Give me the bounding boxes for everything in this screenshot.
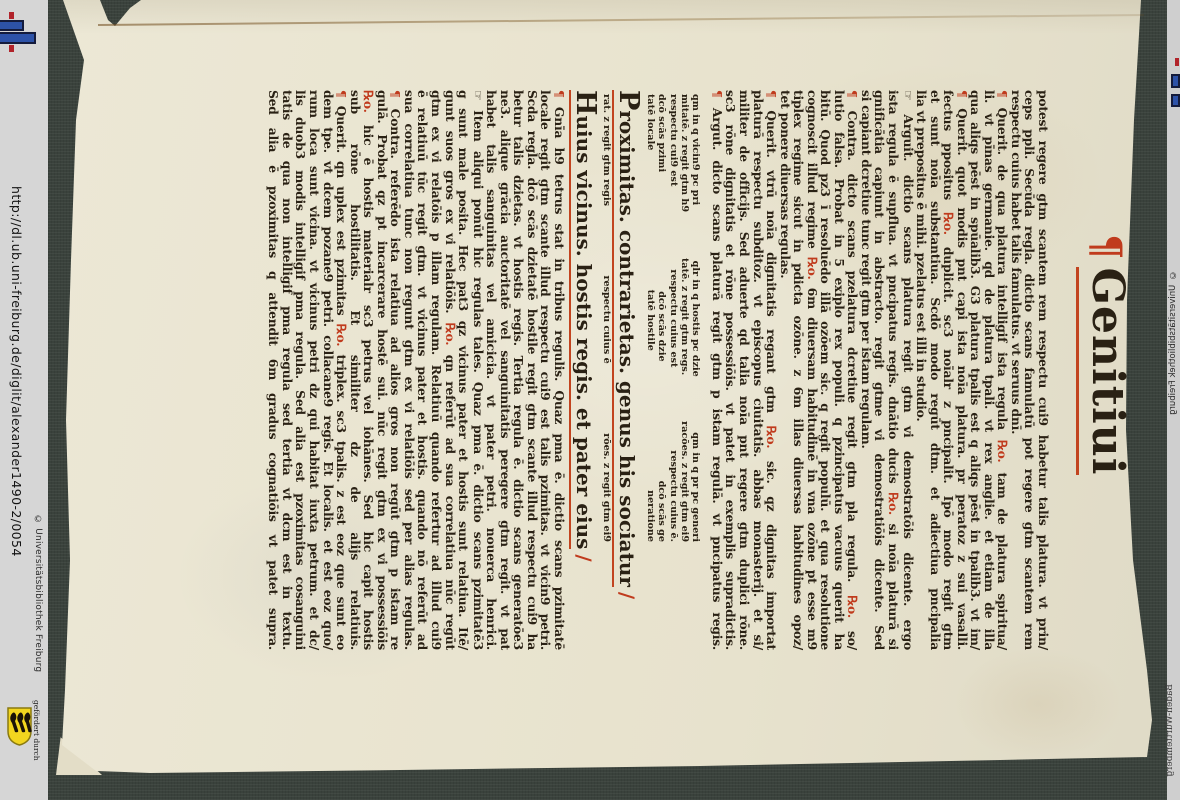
commentary-line: gnificātia capiunt in abstracto. regit g… [873,90,887,650]
right-logo-fragment [1171,58,1180,114]
gloss-row: dcō scās pzimidcō scās dziedcō scās ge [656,94,667,542]
frame-left-strip: http://dl.ub.uni-freiburg.de/diglit/alex… [0,0,48,800]
commentary-line: gtm ex vi relatōis p illam regulam. Rela… [429,90,443,650]
gloss-cell: racōes. z regit gtm ei9 [679,421,690,542]
running-title: ¶Genitiui [1083,234,1130,475]
commentary-line: sub rōne hostilitatis. Et similiter dz d… [348,90,362,650]
headline-word: Genitiui [1076,267,1133,475]
gloss-cell: mitatē. z regit gtm h9 [679,94,690,212]
copyright-notice-right: © Universitätsbibliothek Freiburg [1168,272,1178,415]
rubric-mark: ℞o. [886,492,901,515]
commentary-line: ē relatiuū tūc regit gtm. vt vicinus pat… [416,90,430,650]
commentary-line: ¶ Querit. vtrū noīa dignitatis regant gt… [765,90,779,650]
commentary-line: sua correlatiua tunc non regunt gtm ex v… [402,90,416,650]
commentary-line: ceps ppli. Secūda regla. dictio scans fa… [1023,90,1037,650]
gloss-cell: tatē. z regit gtm regs. [679,258,690,375]
commentary-line: g sunt male posita. Hec pat3 qz vicinus … [457,90,471,650]
gloss-cell: qm in q vicin9 pc pri [690,94,701,205]
gloss-cell: respectu cui9 est [667,94,678,186]
commentary-line: tet ponere diuersas regulas. [778,90,792,650]
verse-text: Proximitas. contrarietas. genus his soci… [612,90,639,587]
commentary-line: ista regula ē supflua. vt pncipatus regi… [886,90,900,650]
commentary-line: tiplex regime sicut in pdicta ozōne. z 6… [792,90,806,650]
commentary-line: ¶ Querit. quot modis pnt capi ista noīa … [955,90,969,650]
rubric-mark: ℞o. [805,257,820,280]
gloss-cell: respectu cuius est [667,269,678,367]
headline-paraph-mark: ¶ [1083,234,1130,260]
commentary-line: platurā respectu subditoz. vt episcopus … [751,90,765,650]
gloss-cell: rōes. z regit gtm ei9 [601,433,612,542]
gloss-cell: rat. z regit gtm regis [601,94,612,206]
commentary-line: ℞o. hic ē hostis materialr sc3 petrus ve… [362,90,376,650]
commentary-line: ¶ Querit. de qua platura intelligif ista… [996,90,1010,650]
commentary-line: ne3. alique grācia auctoritatē vel sangu… [498,90,512,650]
source-url: http://dl.ub.uni-freiburg.de/diglit/alex… [9,186,24,557]
logo-short-bar [0,20,24,31]
commentary-line: cognoscit illud regime ℞o. 6m diuersam h… [805,90,819,650]
commentary-line: fectus ppositus ℞o. duplicit. sc3 noīalr… [942,90,956,650]
rubric-mark: ¶ [845,90,860,98]
rubric-mark: ¶ [955,90,970,98]
rubric-mark: ¶ [764,90,779,98]
commentary-line: rum loca sunt vicina. vt vicinus petri d… [308,90,322,650]
commentary-line: gulā. Probat qz pt incarcerare hostē sui… [375,90,389,650]
commentary-line: si capiant dcretiue tunc regit gtm per i… [859,90,873,650]
verse-line-1: Proximitas. contrarietas. genus his soci… [614,90,641,650]
commentary-line: ☞ Arguit. dictio scans platura regit gtm… [900,90,915,650]
logo-red-mark [9,45,14,52]
rubric-mark: ℞o. [995,440,1010,463]
interlinear-glosses-mid: rat. z regit gtm regisrespectu cuius ērō… [601,90,612,650]
verse-line-2: Huius vicinus. hostis regis. et pater ei… [571,90,598,650]
page-text-rotated: ¶Genitiui potest regere gtm scantem rem … [62,6,1142,786]
library-logo [0,8,48,56]
rubric-mark: ¶ [388,90,403,98]
commentary-line: tatis de qua non intelligif pma regula s… [280,90,294,650]
rubric-mark: ¶ [552,90,567,98]
rubric-mark: ¶ [710,90,725,98]
rubric-mark: ℞o. [941,212,956,235]
commentary-line: habet talis sanguinitas vel amicicia. vt… [485,90,499,650]
commentary-line: ¶ Argut. dicto scans platurā regit gtm p… [710,90,724,650]
gloss-row: tatē localetatē hostileneratione [644,94,655,542]
gloss-row: mitatē. z regit gtm h9tatē. z regit gtm … [679,94,690,542]
commentary-line: locale regit gtm scante illud respectu c… [539,90,553,650]
commentary-line: ¶ Gnīa h9 tetrus stat in tribus regulis.… [552,90,566,650]
gloss-cell: dcō scās ge [656,481,667,542]
commentary-line: lis duob3 modis intelligif pma regula. S… [294,90,308,650]
gloss-cell: respectu cuius ē. [667,450,678,542]
rubric-mark: ℞o. [845,595,860,618]
manicule-icon: ☞ [471,90,485,101]
rubric-flourish: / [615,592,639,599]
gloss-row: qm in q vicin9 pc priqlr in q hostis pc … [690,94,701,542]
logo-red-mark [1175,58,1179,66]
commentary-line: ☞ Item aliqui ponūt hic regulas tales. Q… [470,90,485,650]
gloss-row: respectu cui9 estrespectu cuius estrespe… [667,94,678,542]
rubric-mark: ¶ [334,90,349,98]
commentary-line: lutio falsa. Probat in 5 exiplo rex popu… [832,90,846,650]
commentary-line: Sed alia ē pzoximitas q attendit 6m grad… [267,90,281,650]
commentary-line: qua aliqs pēst in spūalib3. G3 platura t… [969,90,983,650]
gloss-cell: dcō scās pzimi [656,94,667,172]
logo-long-bar [0,32,36,44]
gloss-cell: qm in q pr pc generi [690,432,701,542]
commentary-line: gunt suos gros ex vi relatiōis. ℞o. qn r… [443,90,457,650]
rubric-mark: ℞o. [443,323,458,346]
gloss-cell: tatē locale [644,94,655,150]
baden-wuerttemberg-shield-icon [6,706,33,747]
logo-bar-fragment [1171,94,1180,107]
manicule-icon: ☞ [901,90,915,101]
gloss-cell: neratione [644,490,655,542]
logo-red-mark [9,12,14,19]
commentary-line: lia vt prepositus ē mihi. pzelatus est i… [915,90,929,650]
commentary-line: li. vt pīnas germanie. qd de platura tpa… [982,90,996,650]
gloss-cell: tatē hostile [644,290,655,351]
rubric-mark: ℞o. [334,324,349,347]
interlinear-glosses-top: qm in q vicin9 pc priqlr in q hostis pc … [644,90,701,650]
commentary-line: dem tpe. vt dcem pozane9 petri. collacan… [321,90,335,650]
logo-bar-fragment [1171,74,1180,88]
gloss-cell: qlr in q hostis pc dzie [690,261,701,377]
rubric-flourish: / [572,554,596,561]
commentary-line: Scda regla. dcō scās dzietatē hostile re… [525,90,539,650]
commentary-line: bitū. Quod pz3 ī resoluēdo illā ozōem si… [819,90,833,650]
copyright-notice-left: © Universitätsbibliothek Freiburg [33,515,43,672]
commentary-line: militer de officijs. Sed aduerte qd tali… [737,90,751,650]
commentary-line: et sunt noīa substantiua. Scdō modo regū… [928,90,942,650]
rubric-mark: ℞o. [764,426,779,449]
region-label: Baden-Württemberg [1165,684,1175,777]
commentary-line: potest regere gtm scantem rem respectu c… [1036,90,1050,650]
commentary-top: potest regere gtm scantem rem respectu c… [710,90,1050,650]
rubric-mark: ¶ [995,90,1010,98]
commentary-line: ¶ Contra. dicto scans pzelatura dcretiue… [846,90,860,650]
rubric-mark: ℞o. [361,90,376,113]
commentary-line: ¶ Contra. referēdo ista relatiua ad alio… [389,90,403,650]
commentary-line: sc3 rōne dignitatis et rōne possessiōis.… [724,90,738,650]
text-block: potest regere gtm scantem rem respectu c… [267,90,1050,650]
commentary-line: respectu cuius habet talis famulatus. vt… [1009,90,1023,650]
gloss-cell: dcō scās dzie [656,291,667,361]
commentary-line: betur talis dzietas. vt hostis regis. Te… [512,90,526,650]
funding-label: gefördert durch [32,700,41,761]
commentary-bottom: ¶ Gnīa h9 tetrus stat in tribus regulis.… [267,90,566,650]
gloss-cell: respectu cuius ē [601,275,612,363]
verse-text: Huius vicinus. hostis regis. et pater ei… [569,90,596,549]
commentary-line: ¶ Querit. qn uplex est pzimitas ℞o. trip… [335,90,349,650]
scan-viewport: ¶Genitiui potest regere gtm scantem rem … [0,0,1180,800]
gloss-row: rat. z regit gtm regisrespectu cuius ērō… [601,94,612,542]
